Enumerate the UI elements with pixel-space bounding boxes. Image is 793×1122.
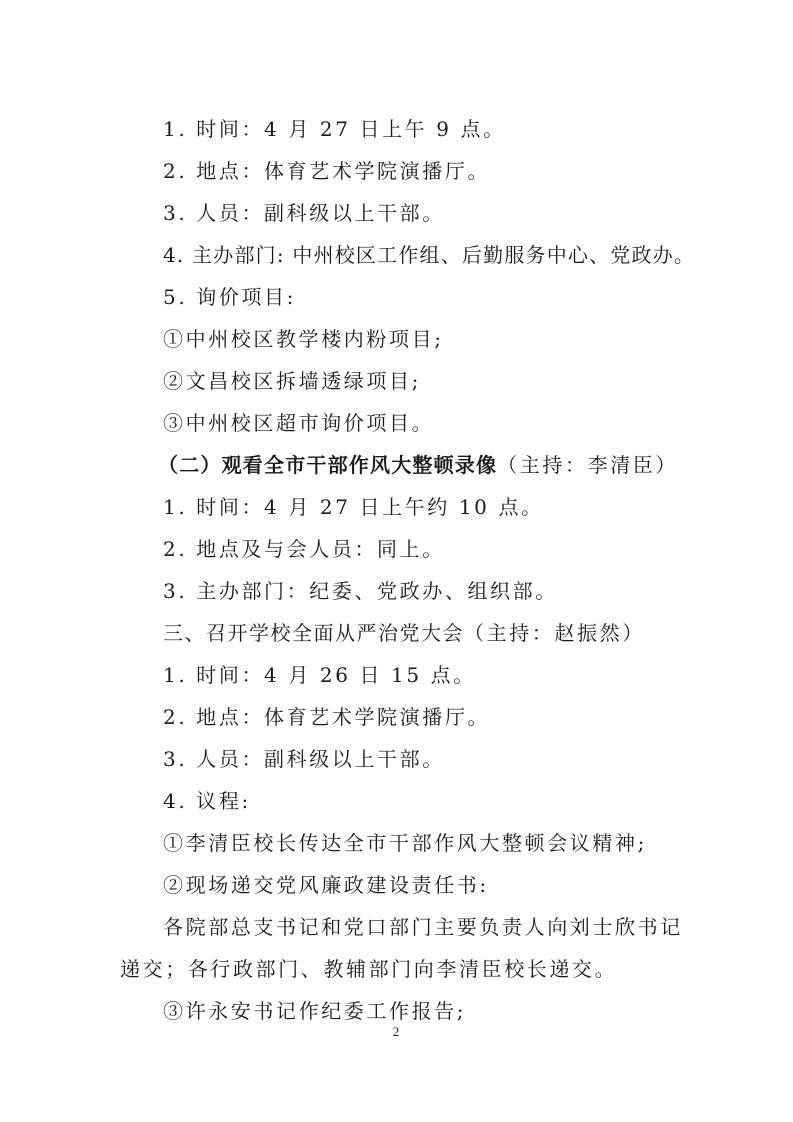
section-three-time-line: 1. 时间：4 月 26 日 15 点。 xyxy=(163,660,476,690)
section-three-host: （主持：赵振然） xyxy=(464,621,645,645)
subsection-two-title: （二）观看全市干部作风大整顿录像 xyxy=(158,453,497,477)
agenda-item-2: ②现场递交党风廉政建设责任书: xyxy=(163,870,489,900)
agenda-item-3: ③许永安书记作纪委工作报告; xyxy=(163,996,466,1026)
time-line: 1. 时间：4 月 27 日上午 9 点。 xyxy=(163,114,506,144)
people-line: 3. 人员：副科级以上干部。 xyxy=(163,198,445,228)
agenda-item-1: ①李清臣校长传达全市干部作风大整顿会议精神; xyxy=(163,828,647,858)
agenda-paragraph-line-2: 递交；各行政部门、教辅部门向李清臣校长递交。 xyxy=(120,954,617,984)
inquiry-title-line: 5. 询价项目: xyxy=(163,282,296,312)
document-page: 1. 时间：4 月 27 日上午 9 点。 2. 地点：体育艺术学院演播厅。 3… xyxy=(0,0,793,1122)
inquiry-item-2: ②文昌校区拆墙透绿项目; xyxy=(163,366,421,396)
subsection-two-place-people-line: 2. 地点及与会人员：同上。 xyxy=(163,534,445,564)
inquiry-item-3: ③中州校区超市询价项目。 xyxy=(163,408,434,438)
subsection-two-host: （主持：李清臣） xyxy=(497,453,678,477)
organizers-line: 4. 主办部门: 中州校区工作组、后勤服务中心、党政办。 xyxy=(163,240,695,270)
section-three-people-line: 3. 人员：副科级以上干部。 xyxy=(163,744,445,774)
agenda-paragraph-line-1: 各院部总支书记和党口部门主要负责人向刘士欣书记 xyxy=(163,912,683,942)
subsection-two-organizers-line: 3. 主办部门：纪委、党政办、组织部。 xyxy=(163,576,558,606)
subsection-two-heading: （二）观看全市干部作风大整顿录像（主持：李清臣） xyxy=(158,450,678,480)
section-three-heading: 三、召开学校全面从严治党大会（主持：赵振然） xyxy=(163,618,645,648)
subsection-two-time-line: 1. 时间：4 月 27 日上午约 10 点。 xyxy=(163,492,544,522)
inquiry-item-1: ①中州校区教学楼内粉项目; xyxy=(163,324,444,354)
section-three-place-line: 2. 地点：体育艺术学院演播厅。 xyxy=(163,702,490,732)
agenda-title-line: 4. 议程: xyxy=(163,786,251,816)
place-line: 2. 地点：体育艺术学院演播厅。 xyxy=(163,156,490,186)
page-number: 2 xyxy=(388,1024,404,1040)
section-three-title: 三、召开学校全面从严治党大会 xyxy=(163,621,464,645)
